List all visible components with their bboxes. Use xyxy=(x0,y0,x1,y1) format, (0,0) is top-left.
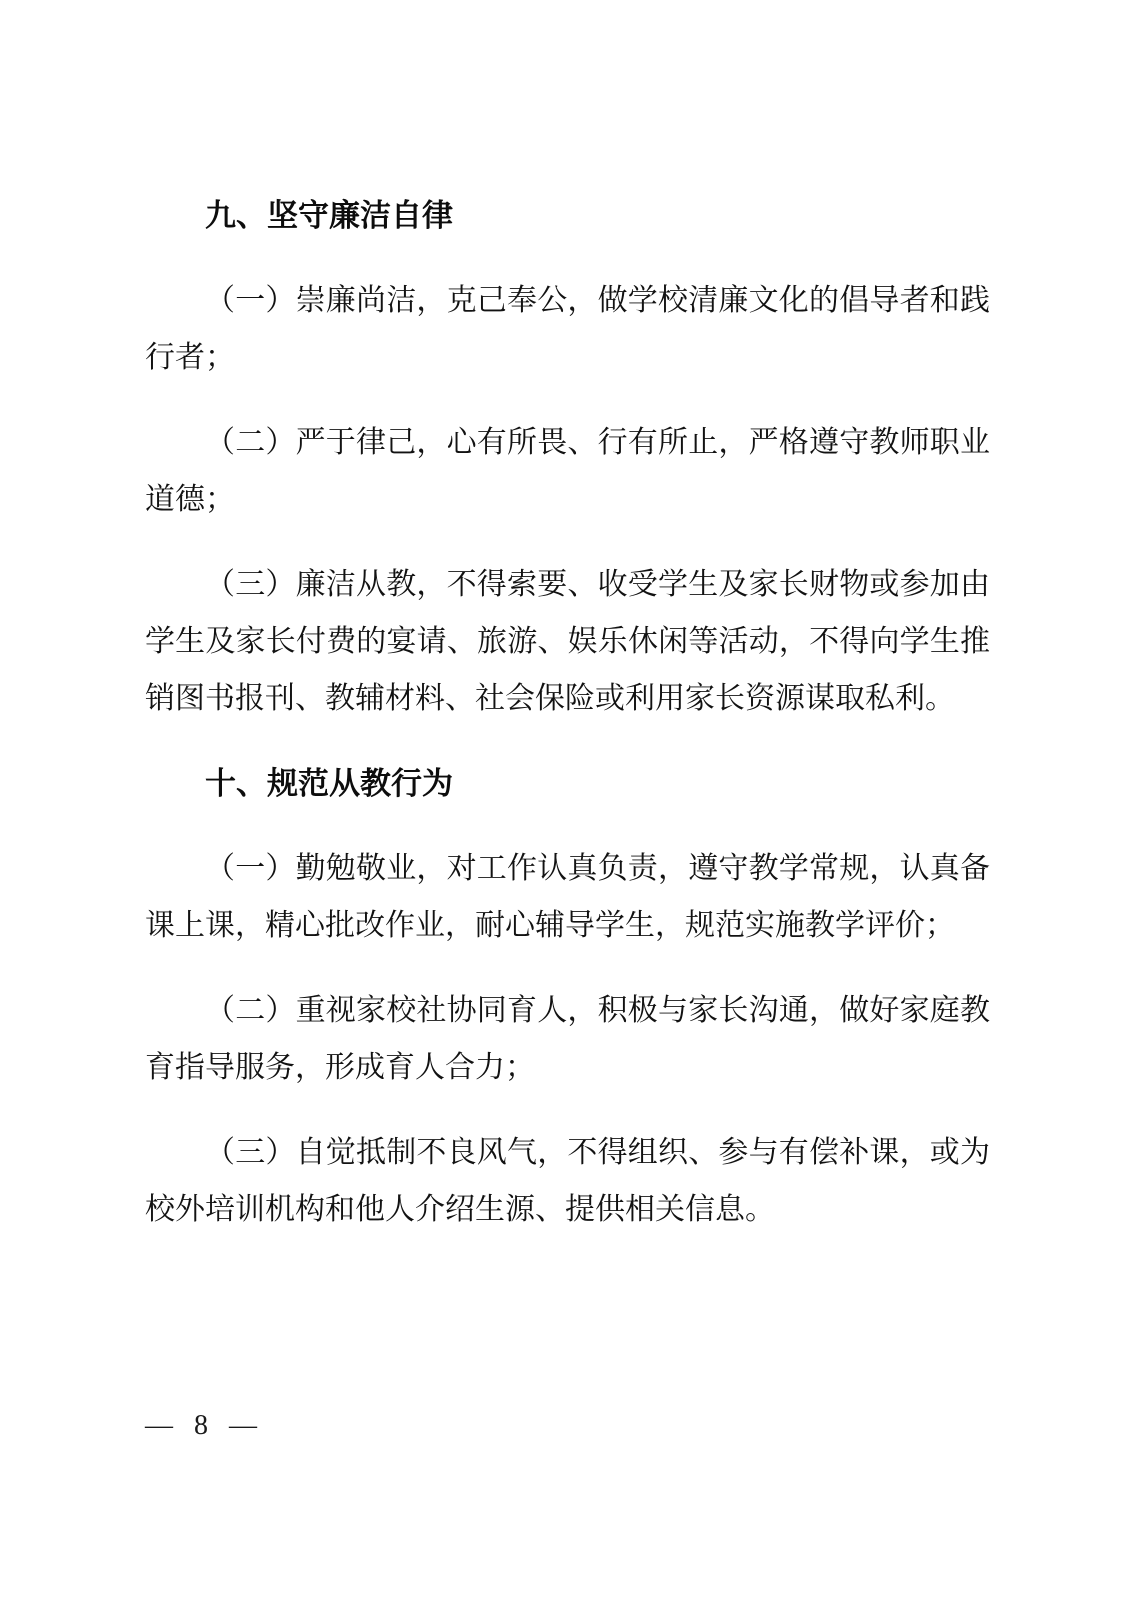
paragraph-ten-1: （一）勤勉敬业，对工作认真负责，遵守教学常规，认真备课上课，精心批改作业，耐心辅… xyxy=(145,840,990,954)
section-heading-ten: 十、规范从教行为 xyxy=(145,755,990,812)
paragraph-ten-3: （三）自觉抵制不良风气，不得组织、参与有偿补课，或为校外培训机构和他人介绍生源、… xyxy=(145,1124,990,1238)
page-number: — 8 — xyxy=(145,1407,264,1445)
paragraph-nine-1: （一）崇廉尚洁，克己奉公，做学校清廉文化的倡导者和践行者； xyxy=(145,272,990,386)
paragraph-nine-3: （三）廉洁从教，不得索要、收受学生及家长财物或参加由学生及家长付费的宴请、旅游、… xyxy=(145,556,990,727)
paragraph-nine-2: （二）严于律己，心有所畏、行有所止，严格遵守教师职业道德； xyxy=(145,414,990,528)
paragraph-ten-2: （二）重视家校社协同育人，积极与家长沟通，做好家庭教育指导服务，形成育人合力； xyxy=(145,982,990,1096)
section-heading-nine: 九、坚守廉洁自律 xyxy=(145,187,990,244)
document-page: 九、坚守廉洁自律 （一）崇廉尚洁，克己奉公，做学校清廉文化的倡导者和践行者； （… xyxy=(0,0,1131,1600)
document-body: 九、坚守廉洁自律 （一）崇廉尚洁，克己奉公，做学校清廉文化的倡导者和践行者； （… xyxy=(145,187,990,1238)
